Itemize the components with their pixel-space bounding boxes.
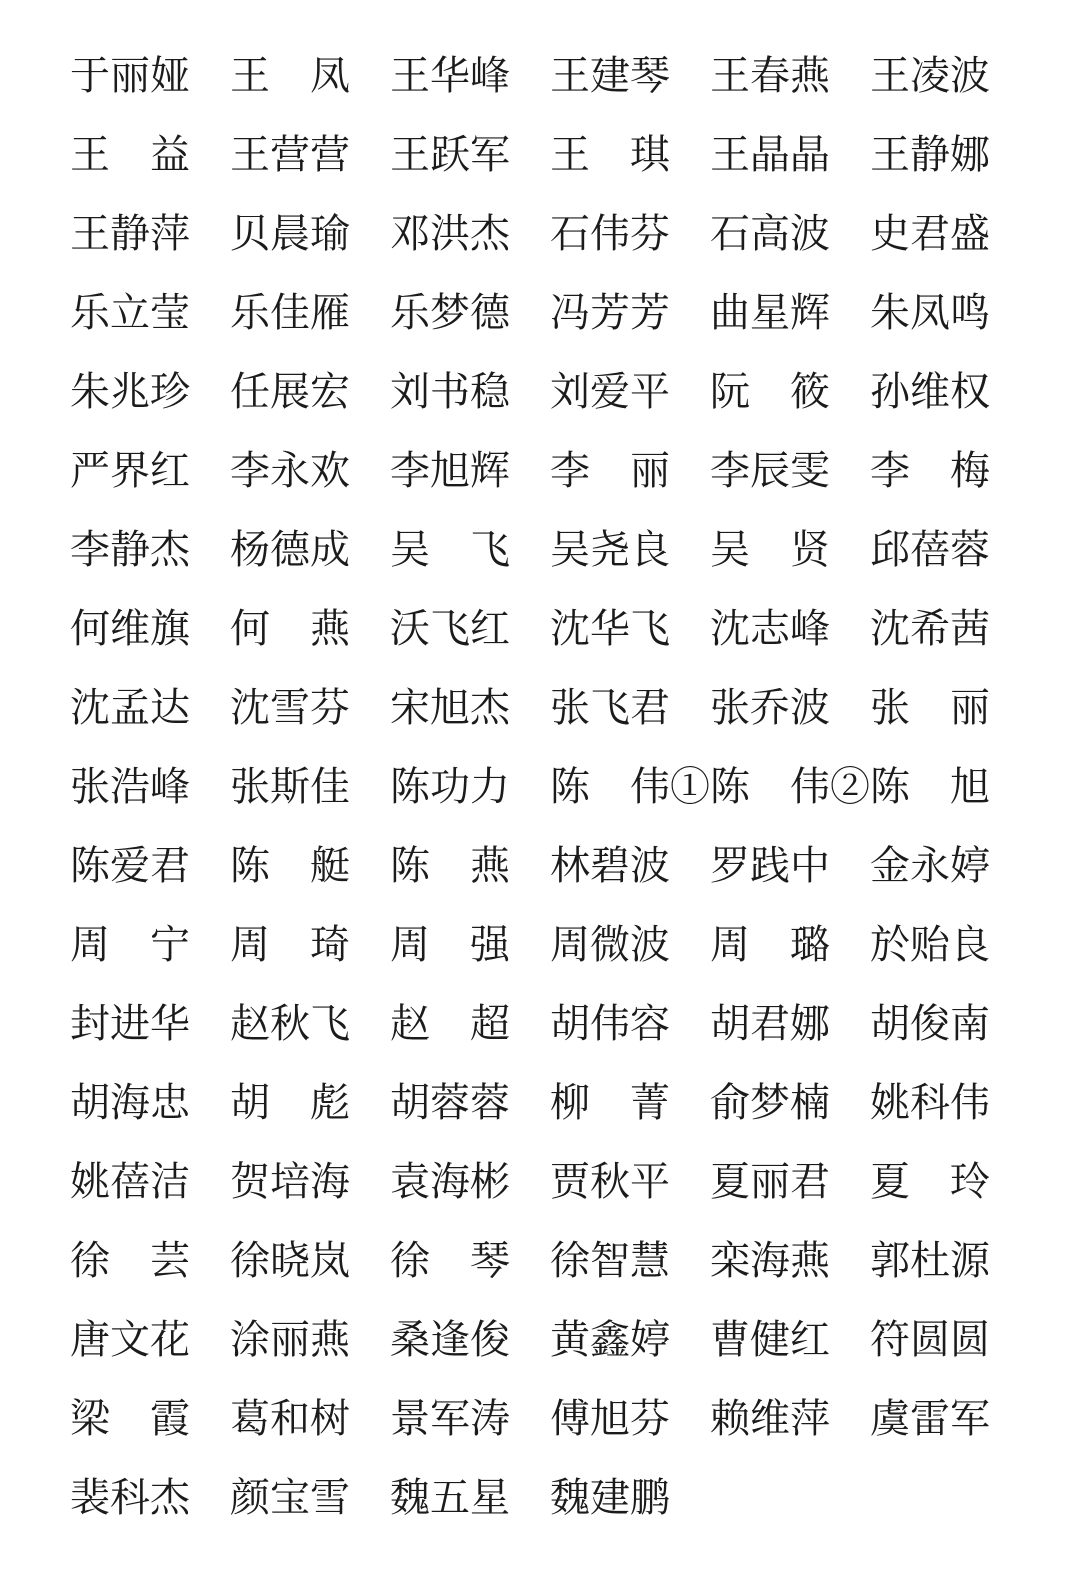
name-cell: 栾海燕 xyxy=(710,1241,870,1281)
name-cell: 夏丽君 xyxy=(710,1162,870,1202)
name-cell: 胡君娜 xyxy=(710,1004,870,1044)
name-cell: 宋旭杰 xyxy=(390,688,550,728)
name-cell: 李永欢 xyxy=(230,451,390,491)
name-cell: 朱兆珍 xyxy=(70,372,230,412)
name-cell: 唐文花 xyxy=(70,1320,230,1360)
name-cell: 李旭辉 xyxy=(390,451,550,491)
name-cell: 王营营 xyxy=(230,135,390,175)
name-cell: 王静萍 xyxy=(70,214,230,254)
name-cell: 陈爱君 xyxy=(70,846,230,886)
name-cell: 吴 飞 xyxy=(390,530,550,570)
name-cell: 符圆圆 xyxy=(870,1320,1030,1360)
name-cell: 王凌波 xyxy=(870,56,1030,96)
name-cell: 沃飞红 xyxy=(390,609,550,649)
name-cell: 史君盛 xyxy=(870,214,1030,254)
name-cell: 王华峰 xyxy=(390,56,550,96)
name-cell: 胡海忠 xyxy=(70,1083,230,1123)
name-cell: 张斯佳 xyxy=(230,767,390,807)
name-cell: 周微波 xyxy=(550,925,710,965)
name-cell: 王春燕 xyxy=(710,56,870,96)
name-cell: 王跃军 xyxy=(390,135,550,175)
name-cell: 曲星辉 xyxy=(710,293,870,333)
name-cell: 何 燕 xyxy=(230,609,390,649)
name-cell: 曹健红 xyxy=(710,1320,870,1360)
name-cell: 何维旗 xyxy=(70,609,230,649)
name-cell: 罗践中 xyxy=(710,846,870,886)
name-cell: 於贻良 xyxy=(870,925,1030,965)
name-cell: 周 宁 xyxy=(70,925,230,965)
name-cell: 张浩峰 xyxy=(70,767,230,807)
name-cell: 胡伟容 xyxy=(550,1004,710,1044)
name-cell: 陈功力 xyxy=(390,767,550,807)
name-cell: 徐 芸 xyxy=(70,1241,230,1281)
name-cell: 颜宝雪 xyxy=(230,1478,390,1518)
name-cell: 乐立莹 xyxy=(70,293,230,333)
name-cell: 胡蓉蓉 xyxy=(390,1083,550,1123)
name-cell: 徐晓岚 xyxy=(230,1241,390,1281)
name-cell: 李 丽 xyxy=(550,451,710,491)
name-cell: 张 丽 xyxy=(870,688,1030,728)
name-cell: 吴 贤 xyxy=(710,530,870,570)
name-cell: 朱凤鸣 xyxy=(870,293,1030,333)
name-cell: 姚蓓洁 xyxy=(70,1162,230,1202)
name-cell: 吴尧良 xyxy=(550,530,710,570)
name-cell: 魏建鹏 xyxy=(550,1478,710,1518)
name-cell: 郭杜源 xyxy=(870,1241,1030,1281)
name-cell: 于丽娅 xyxy=(70,56,230,96)
name-cell: 袁海彬 xyxy=(390,1162,550,1202)
name-cell: 葛和树 xyxy=(230,1399,390,1439)
name-cell: 严界红 xyxy=(70,451,230,491)
name-cell: 林碧波 xyxy=(550,846,710,886)
name-cell: 沈志峰 xyxy=(710,609,870,649)
name-cell: 俞梦楠 xyxy=(710,1083,870,1123)
name-cell: 梁 霞 xyxy=(70,1399,230,1439)
name-cell: 杨德成 xyxy=(230,530,390,570)
name-cell: 邓洪杰 xyxy=(390,214,550,254)
name-cell: 李静杰 xyxy=(70,530,230,570)
name-cell: 陈 燕 xyxy=(390,846,550,886)
name-cell: 刘书稳 xyxy=(390,372,550,412)
name-cell: 赵 超 xyxy=(390,1004,550,1044)
name-cell: 邱蓓蓉 xyxy=(870,530,1030,570)
name-cell: 李 梅 xyxy=(870,451,1030,491)
name-cell: 景军涛 xyxy=(390,1399,550,1439)
name-cell: 陈 伟② xyxy=(710,767,870,807)
name-cell: 任展宏 xyxy=(230,372,390,412)
name-cell: 贾秋平 xyxy=(550,1162,710,1202)
name-cell: 王建琴 xyxy=(550,56,710,96)
name-cell: 夏 玲 xyxy=(870,1162,1030,1202)
name-cell: 张乔波 xyxy=(710,688,870,728)
name-cell: 王 益 xyxy=(70,135,230,175)
name-cell: 桑逢俊 xyxy=(390,1320,550,1360)
name-cell: 乐梦德 xyxy=(390,293,550,333)
name-list-grid: 于丽娅王 凤王华峰王建琴王春燕王凌波王 益王营营王跃军王 琪王晶晶王静娜王静萍贝… xyxy=(0,0,1080,1537)
name-cell: 黄鑫婷 xyxy=(550,1320,710,1360)
name-cell: 周 强 xyxy=(390,925,550,965)
name-cell: 贝晨瑜 xyxy=(230,214,390,254)
name-roster-page: 于丽娅王 凤王华峰王建琴王春燕王凌波王 益王营营王跃军王 琪王晶晶王静娜王静萍贝… xyxy=(0,0,1080,1574)
name-cell: 赵秋飞 xyxy=(230,1004,390,1044)
name-cell: 陈 艇 xyxy=(230,846,390,886)
name-cell: 胡 彪 xyxy=(230,1083,390,1123)
name-cell: 柳 菁 xyxy=(550,1083,710,1123)
name-cell: 虞雷军 xyxy=(870,1399,1030,1439)
name-cell: 王 凤 xyxy=(230,56,390,96)
name-cell: 石伟芬 xyxy=(550,214,710,254)
name-cell: 傅旭芬 xyxy=(550,1399,710,1439)
name-cell: 乐佳雁 xyxy=(230,293,390,333)
name-cell: 李辰雯 xyxy=(710,451,870,491)
name-cell: 陈 伟① xyxy=(550,767,710,807)
name-cell: 金永婷 xyxy=(870,846,1030,886)
name-cell: 周 璐 xyxy=(710,925,870,965)
name-cell: 姚科伟 xyxy=(870,1083,1030,1123)
name-cell: 封进华 xyxy=(70,1004,230,1044)
name-cell: 石高波 xyxy=(710,214,870,254)
name-cell: 魏五星 xyxy=(390,1478,550,1518)
name-cell: 胡俊南 xyxy=(870,1004,1030,1044)
name-cell: 王 琪 xyxy=(550,135,710,175)
name-cell: 冯芳芳 xyxy=(550,293,710,333)
name-cell: 王晶晶 xyxy=(710,135,870,175)
name-cell: 沈华飞 xyxy=(550,609,710,649)
name-cell: 陈 旭 xyxy=(870,767,1030,807)
name-cell: 赖维萍 xyxy=(710,1399,870,1439)
name-cell: 沈孟达 xyxy=(70,688,230,728)
name-cell: 涂丽燕 xyxy=(230,1320,390,1360)
name-cell: 沈希茜 xyxy=(870,609,1030,649)
name-cell: 贺培海 xyxy=(230,1162,390,1202)
name-cell: 阮 筱 xyxy=(710,372,870,412)
name-cell: 徐智慧 xyxy=(550,1241,710,1281)
name-cell: 张飞君 xyxy=(550,688,710,728)
name-cell: 沈雪芬 xyxy=(230,688,390,728)
name-cell: 王静娜 xyxy=(870,135,1030,175)
name-cell: 刘爱平 xyxy=(550,372,710,412)
name-cell: 徐 琴 xyxy=(390,1241,550,1281)
name-cell: 孙维权 xyxy=(870,372,1030,412)
name-cell: 周 琦 xyxy=(230,925,390,965)
name-cell: 裴科杰 xyxy=(70,1478,230,1518)
